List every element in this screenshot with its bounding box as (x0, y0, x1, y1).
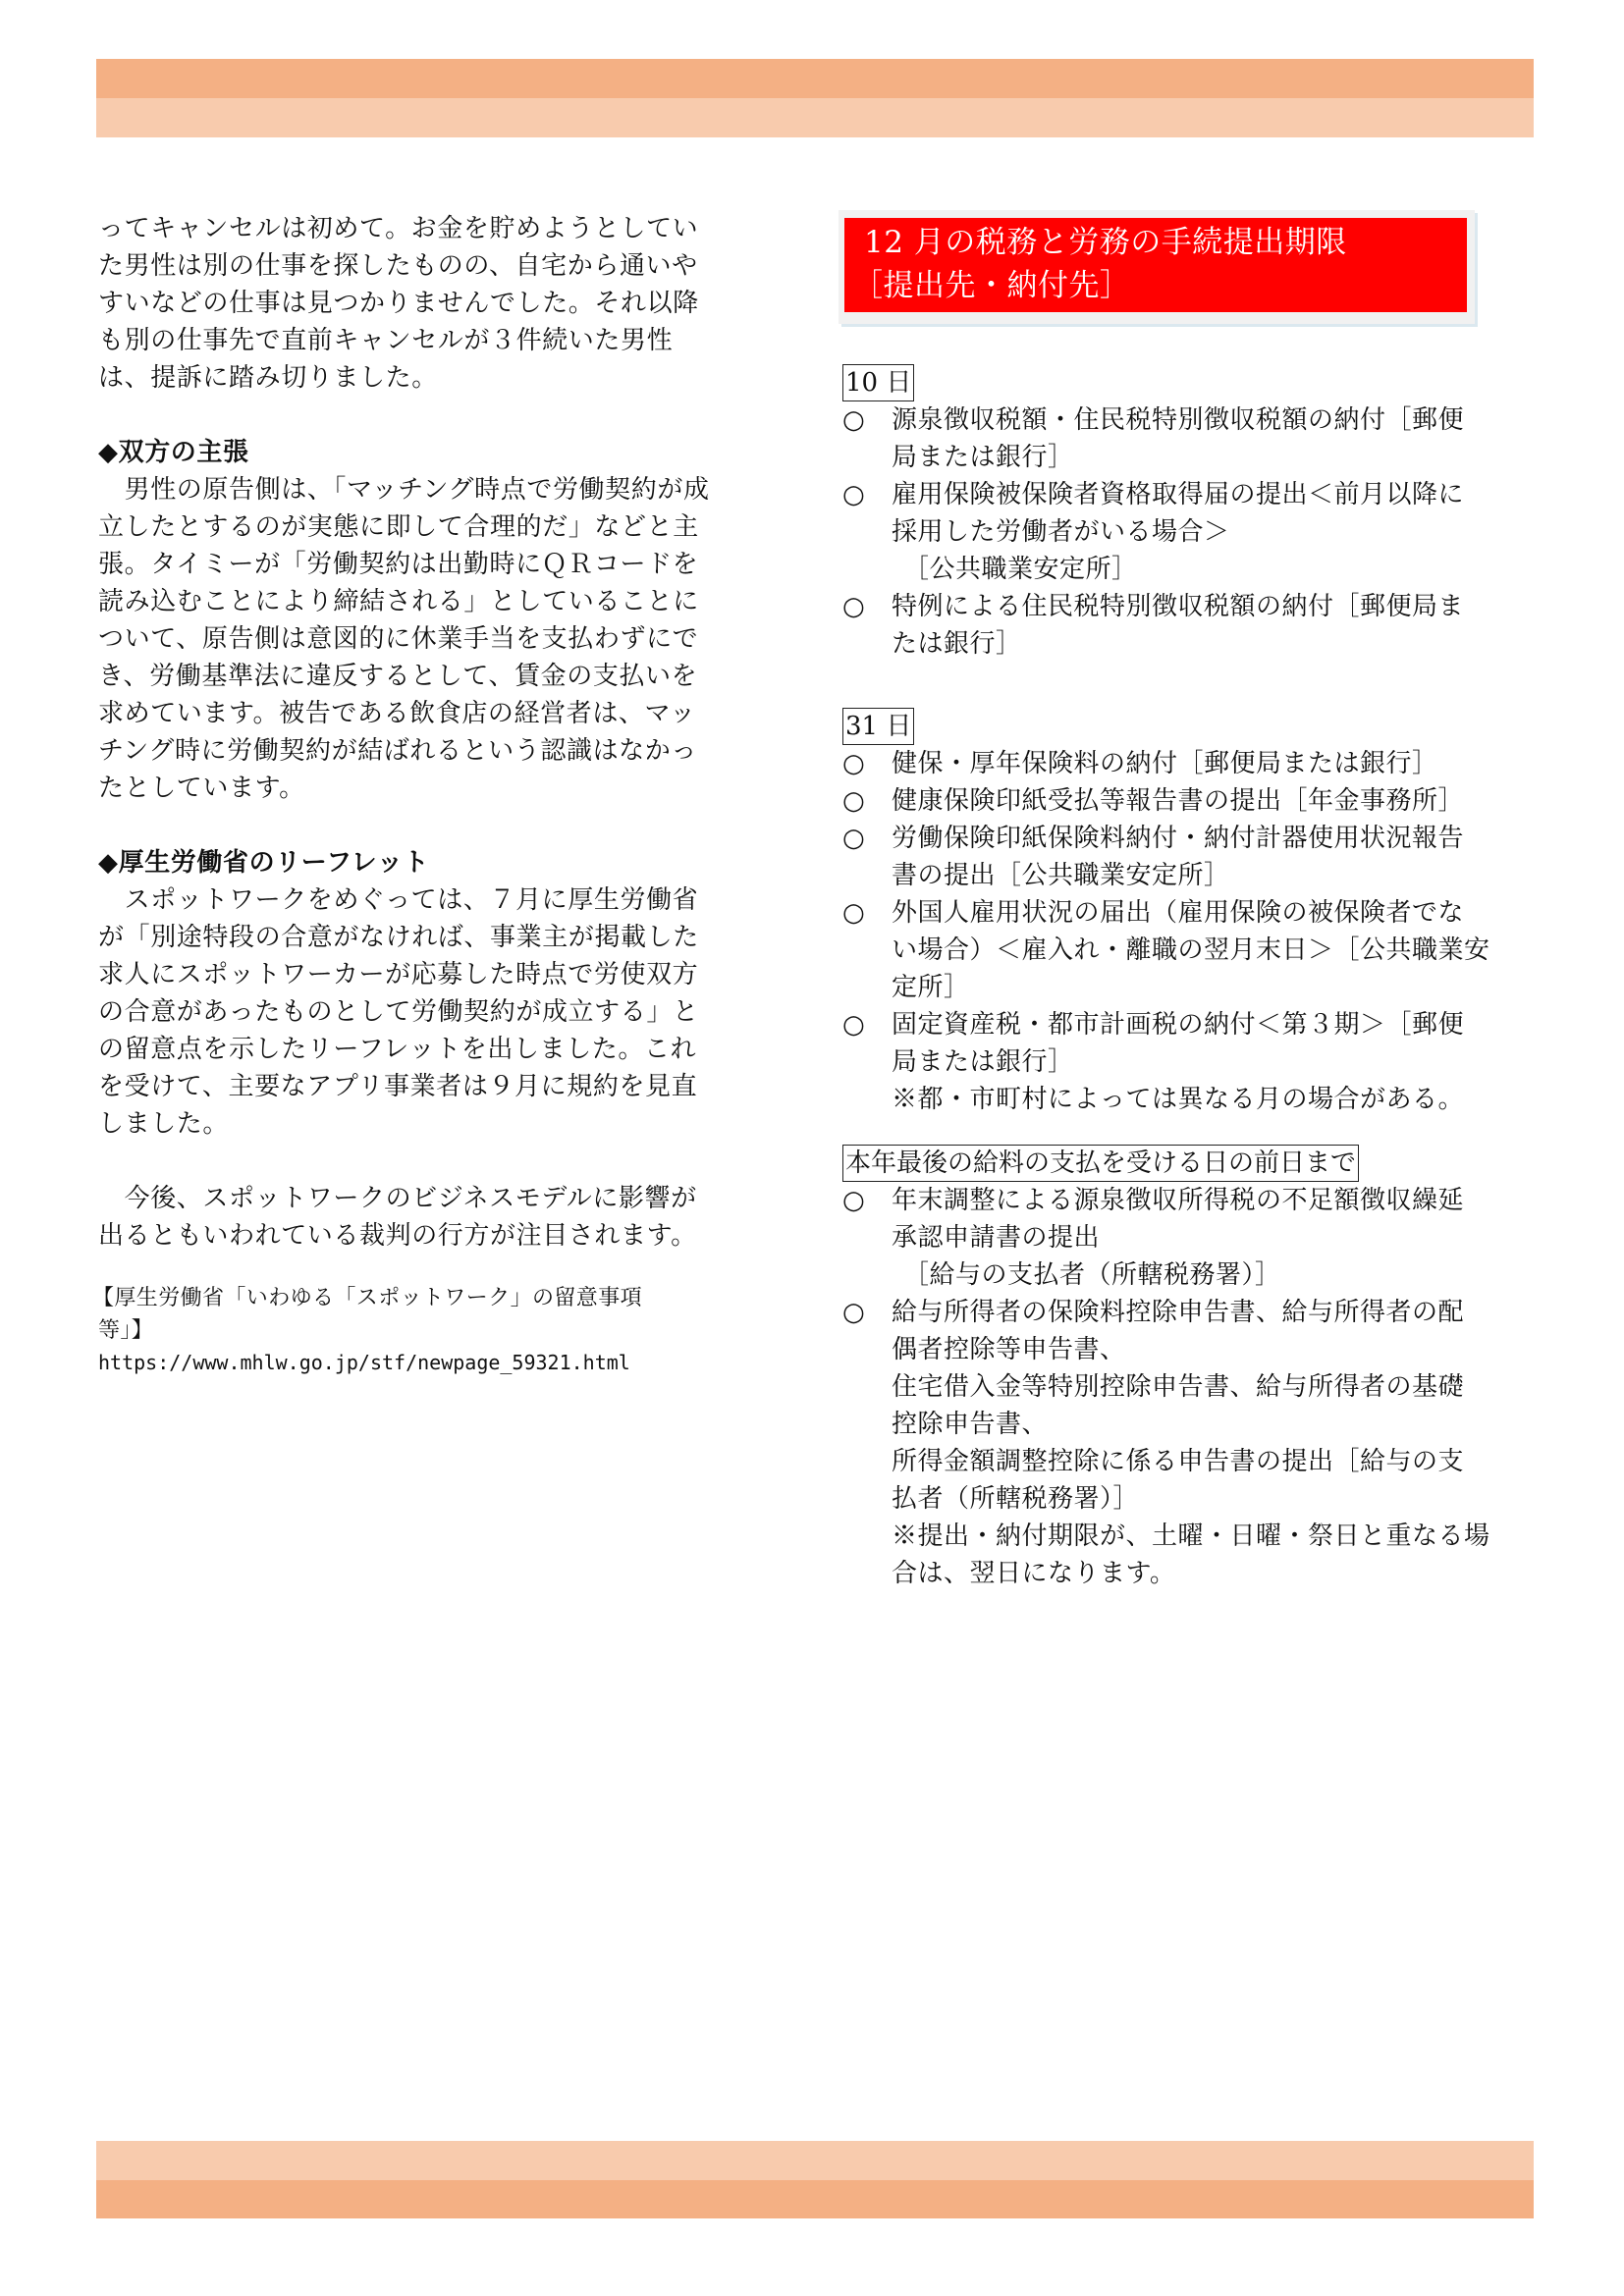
circle-bullet-icon: ○ (842, 745, 865, 782)
deadline-item-line: 健保・厚年保険料の納付［郵便局または銀行］ (892, 745, 1438, 782)
deadline-item-line: ［給与の支払者（所轄税務署）］ (903, 1256, 1281, 1294)
deadline-item-line: 偶者控除等申告書、 (892, 1331, 1126, 1368)
text-line: き、労働基準法に違反するとして、賃金の支払いを (98, 658, 697, 695)
text-line: 今後、スポットワークのビジネスモデルに影響が (98, 1180, 697, 1217)
text-line: 男性の原告側は、「マッチング時点で労働契約が成 (98, 471, 710, 508)
text-line: しました。 (98, 1105, 229, 1143)
circle-bullet-icon: ○ (842, 894, 865, 932)
deadline-item-line: 承認申請書の提出 (892, 1219, 1100, 1256)
date-label-box: 10 日 (842, 364, 914, 401)
text-line: 出るともいわれている裁判の行方が注目されます。 (98, 1217, 697, 1255)
right-column: 10 日 ○ 源泉徴収税額・住民税特別徴収税額の納付［郵便 局または銀行］ ○ … (842, 0, 1540, 2296)
text-line: を受けて、主要なアプリ事業者は９月に規約を見直 (98, 1068, 697, 1105)
text-line: スポットワークをめぐっては、７月に厚生労働省 (98, 881, 698, 919)
text-line: の合意があったものとして労働契約が成立する」と (98, 993, 699, 1031)
deadline-item-line: 労働保険印紙保険料納付・納付計器使用状況報告 (892, 820, 1464, 857)
deadline-item-line: 年末調整による源泉徴収所得税の不足額徴収繰延 (892, 1182, 1464, 1219)
deadline-item-line: 控除申告書、 (892, 1406, 1048, 1443)
footer-band-dark (96, 2180, 1534, 2218)
deadline-item-line: 住宅借入金等特別控除申告書、給与所得者の基礎 (892, 1368, 1464, 1406)
date-label-box: 31 日 (842, 708, 914, 745)
circle-bullet-icon: ○ (842, 1006, 865, 1043)
text-line: 求めています。被告である飲食店の経営者は、マッ (98, 695, 696, 732)
text-line: ってキャンセルは初めて。お金を貯めようとしてい (98, 210, 698, 247)
circle-bullet-icon: ○ (842, 782, 865, 820)
section-heading: ◆厚生労働省のリーフレット (98, 844, 429, 881)
deadline-note: ※提出・納付期限が、土曜・日曜・祭日と重なる場 (892, 1518, 1490, 1555)
text-line: が「別途特段の合意がなければ、事業主が掲載した (98, 919, 699, 956)
deadline-item-line: 源泉徴収税額・住民税特別徴収税額の納付［郵便 (892, 401, 1464, 439)
text-line: すいなどの仕事は見つかりませんでした。それ以降 (98, 285, 699, 322)
circle-bullet-icon: ○ (842, 1294, 865, 1331)
reference-title: 等」】 (98, 1314, 153, 1347)
deadline-note: ※都・市町村によっては異なる月の場合がある。 (892, 1081, 1464, 1118)
deadline-item-line: 外国人雇用状況の届出（雇用保険の被保険者でな (892, 894, 1464, 932)
deadline-item-line: 払者（所轄税務署）］ (892, 1480, 1139, 1518)
deadline-item-line: 採用した労働者がいる場合＞ (892, 513, 1230, 551)
reference-url-link[interactable]: https://www.mhlw.go.jp/stf/newpage_59321… (98, 1347, 630, 1379)
deadline-item-line: ［公共職業安定所］ (903, 551, 1138, 588)
deadline-item-line: 特例による住民税特別徴収税額の納付［郵便局ま (892, 588, 1464, 625)
deadline-item-line: 雇用保険被保険者資格取得届の提出＜前月以降に (892, 476, 1464, 513)
text-line: も別の仕事先で直前キャンセルが３件続いた男性 (98, 322, 673, 359)
deadline-item-line: たは銀行］ (892, 625, 1022, 663)
deadline-note: 合は、翌日になります。 (892, 1555, 1175, 1592)
deadline-item-line: 書の提出［公共職業安定所］ (892, 857, 1230, 894)
text-line: 張。タイミーが「労働契約は出勤時にＱＲコードを (98, 546, 698, 583)
reference-title: 【厚生労働省「いわゆる「スポットワーク」の留意事項 (92, 1282, 642, 1314)
deadline-item-line: 局または銀行］ (892, 1043, 1074, 1081)
deadline-item-line: 局または銀行］ (892, 439, 1074, 476)
text-line: ついて、原告側は意図的に休業手当を支払わずにで (98, 620, 698, 658)
circle-bullet-icon: ○ (842, 401, 865, 439)
text-line: は、提訴に踏み切りました。 (98, 359, 438, 397)
deadline-item-line: い場合）＜雇入れ・離職の翌月末日＞［公共職業安 (892, 932, 1490, 969)
text-line: 求人にスポットワーカーが応募した時点で労使双方 (98, 956, 698, 993)
text-line: 立したとするのが実態に即して合理的だ」などと主 (98, 508, 699, 546)
footer-band-light (96, 2141, 1534, 2180)
text-line: 読み込むことにより締結される」としていることに (98, 583, 699, 620)
deadline-item-line: 健康保険印紙受払等報告書の提出［年金事務所］ (892, 782, 1464, 820)
section-heading: ◆双方の主張 (98, 434, 249, 471)
left-column: ってキャンセルは初めて。お金を貯めようとしてい た男性は別の仕事を探したものの、… (98, 0, 805, 2296)
deadline-item-line: 固定資産税・都市計画税の納付＜第３期＞［郵便 (892, 1006, 1464, 1043)
deadline-item-line: 定所］ (892, 969, 970, 1006)
circle-bullet-icon: ○ (842, 1182, 865, 1219)
text-line: の留意点を示したリーフレットを出しました。これ (98, 1031, 696, 1068)
text-line: た男性は別の仕事を探したものの、自宅から通いや (98, 247, 698, 285)
text-line: たとしています。 (98, 770, 305, 807)
deadline-item-line: 給与所得者の保険料控除申告書、給与所得者の配 (892, 1294, 1464, 1331)
deadline-item-line: 所得金額調整控除に係る申告書の提出［給与の支 (892, 1443, 1464, 1480)
circle-bullet-icon: ○ (842, 820, 865, 857)
text-line: チング時に労働契約が結ばれるという認識はなかっ (98, 732, 697, 770)
date-label-box: 本年最後の給料の支払を受ける日の前日まで (842, 1145, 1359, 1182)
circle-bullet-icon: ○ (842, 588, 865, 625)
circle-bullet-icon: ○ (842, 476, 865, 513)
